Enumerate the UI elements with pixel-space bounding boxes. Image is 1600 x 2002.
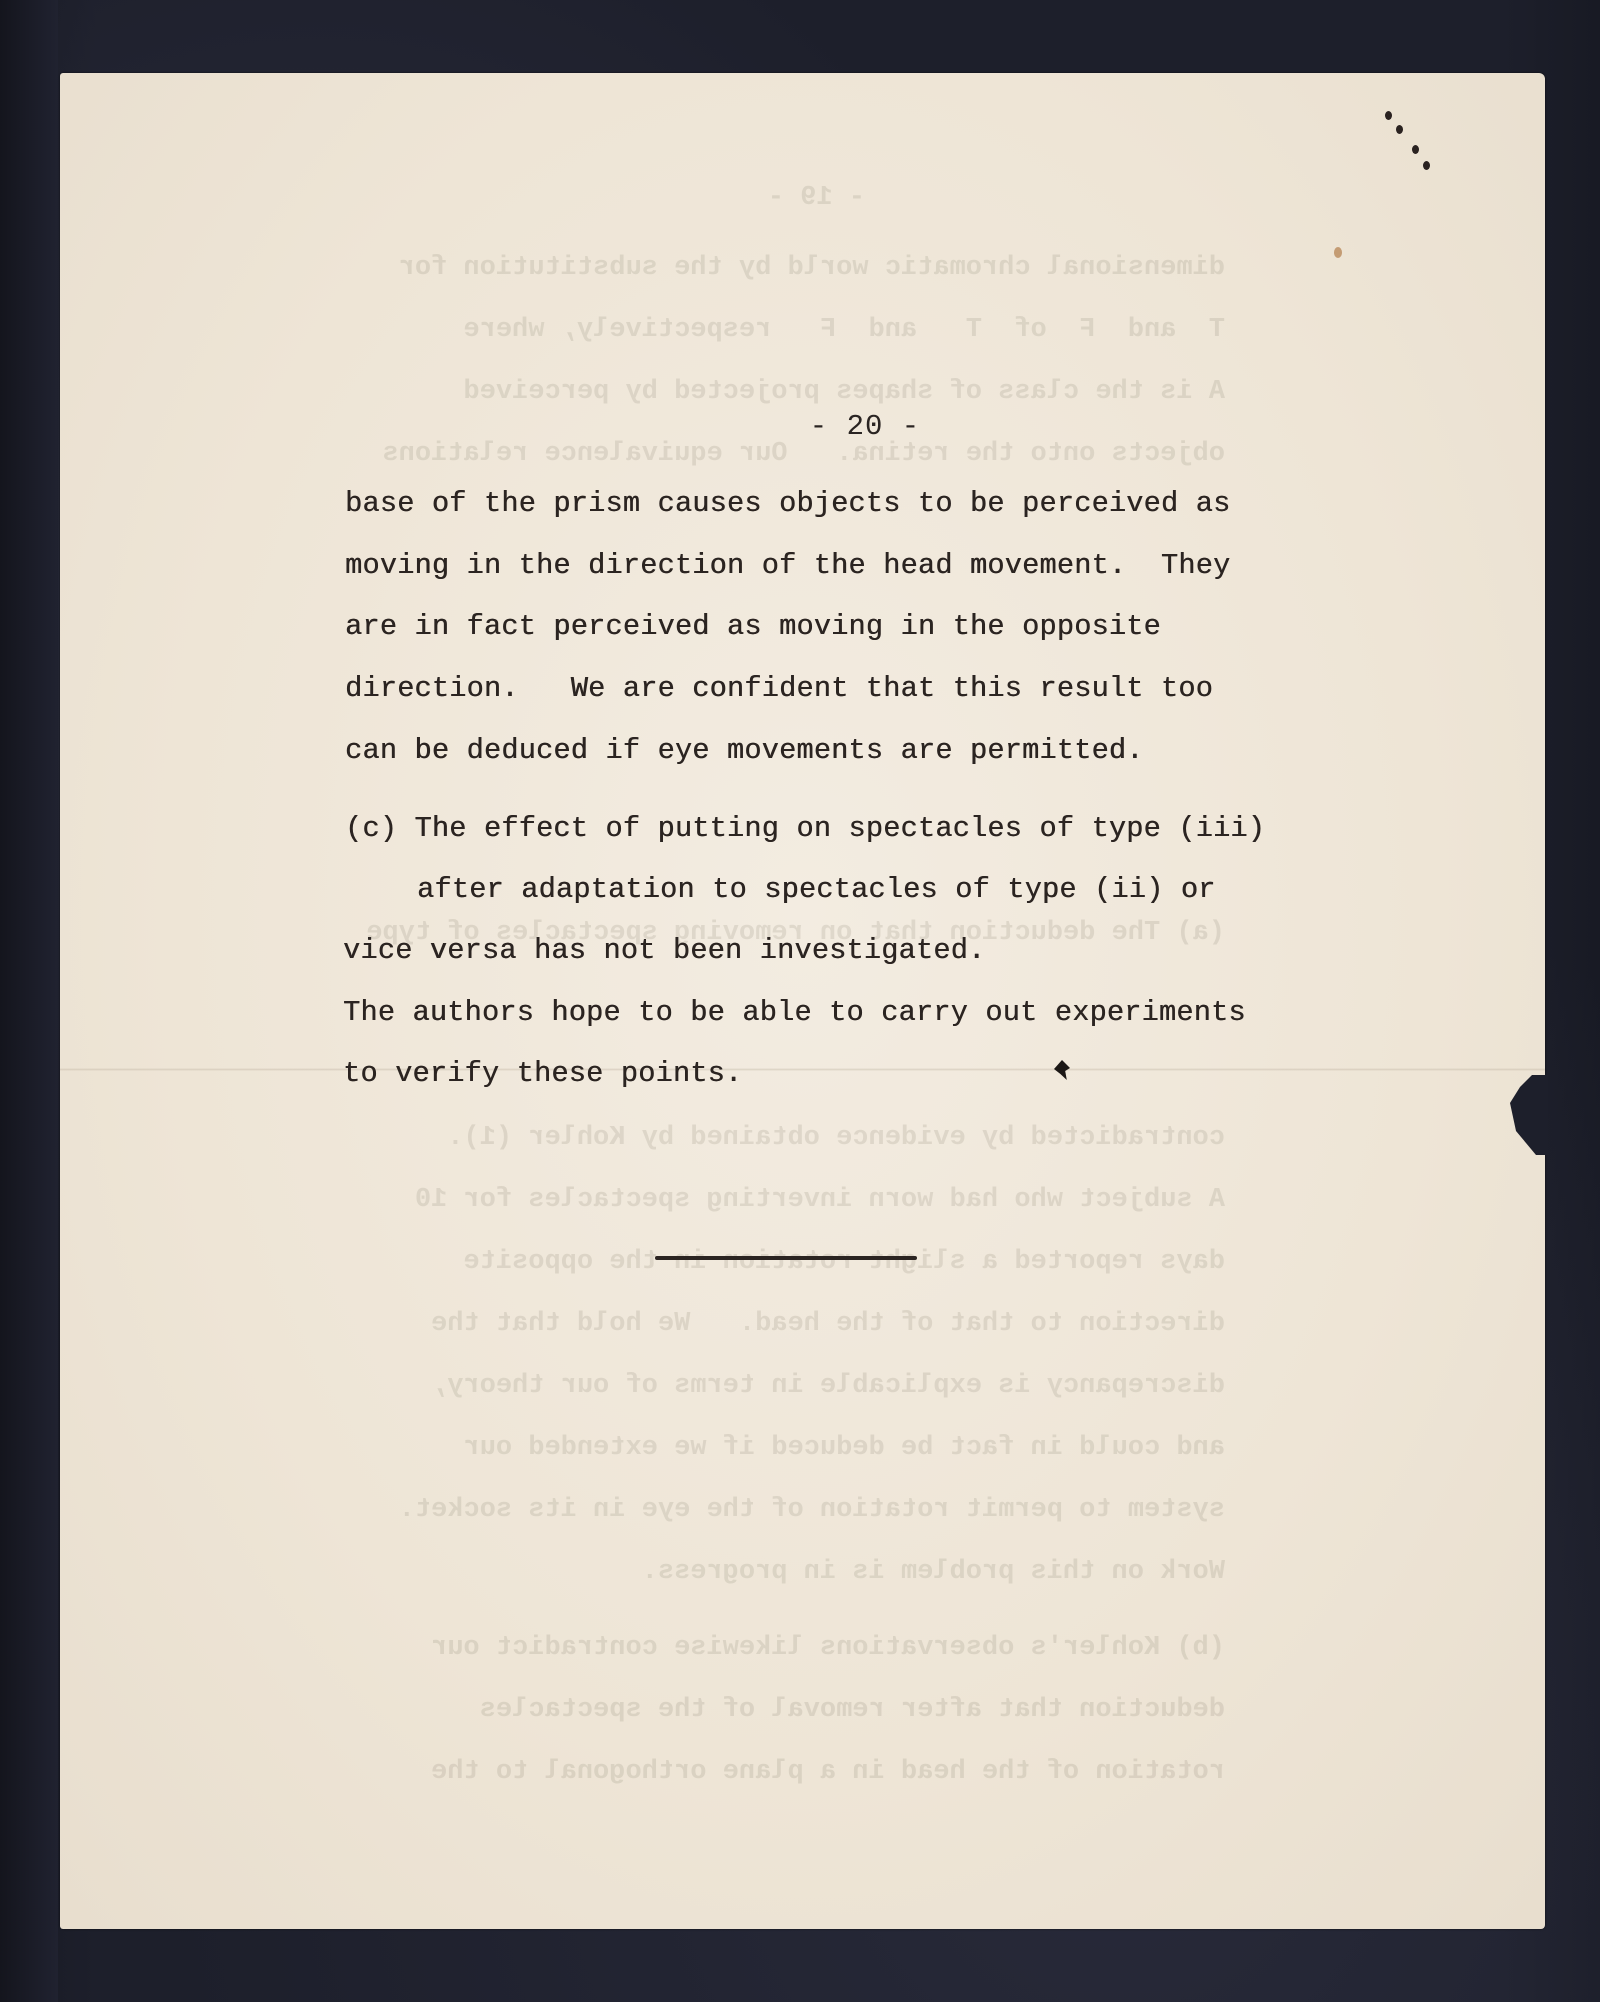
body-line: base of the prism causes objects to be p…	[345, 487, 1230, 520]
closing-line: to verify these points.	[343, 1057, 742, 1090]
body-line: can be deduced if eye movements are perm…	[345, 734, 1144, 767]
page-number: - 20 -	[0, 410, 1600, 443]
body-line: are in fact perceived as moving in the o…	[345, 610, 1161, 643]
list-item-c: (c) The effect of putting on spectacles …	[345, 812, 1265, 845]
ink-blot	[1054, 1060, 1070, 1080]
typed-page: - 20 - base of the prism causes objects …	[0, 0, 1600, 2002]
body-line: vice versa has not been investigated.	[343, 934, 985, 967]
section-separator-rule	[655, 1256, 917, 1260]
closing-line: The authors hope to be able to carry out…	[343, 996, 1246, 1029]
list-item-c-continuation: after adaptation to spectacles of type (…	[417, 873, 1216, 906]
body-line: moving in the direction of the head move…	[345, 549, 1230, 582]
body-line: direction. We are confident that this re…	[345, 672, 1213, 705]
